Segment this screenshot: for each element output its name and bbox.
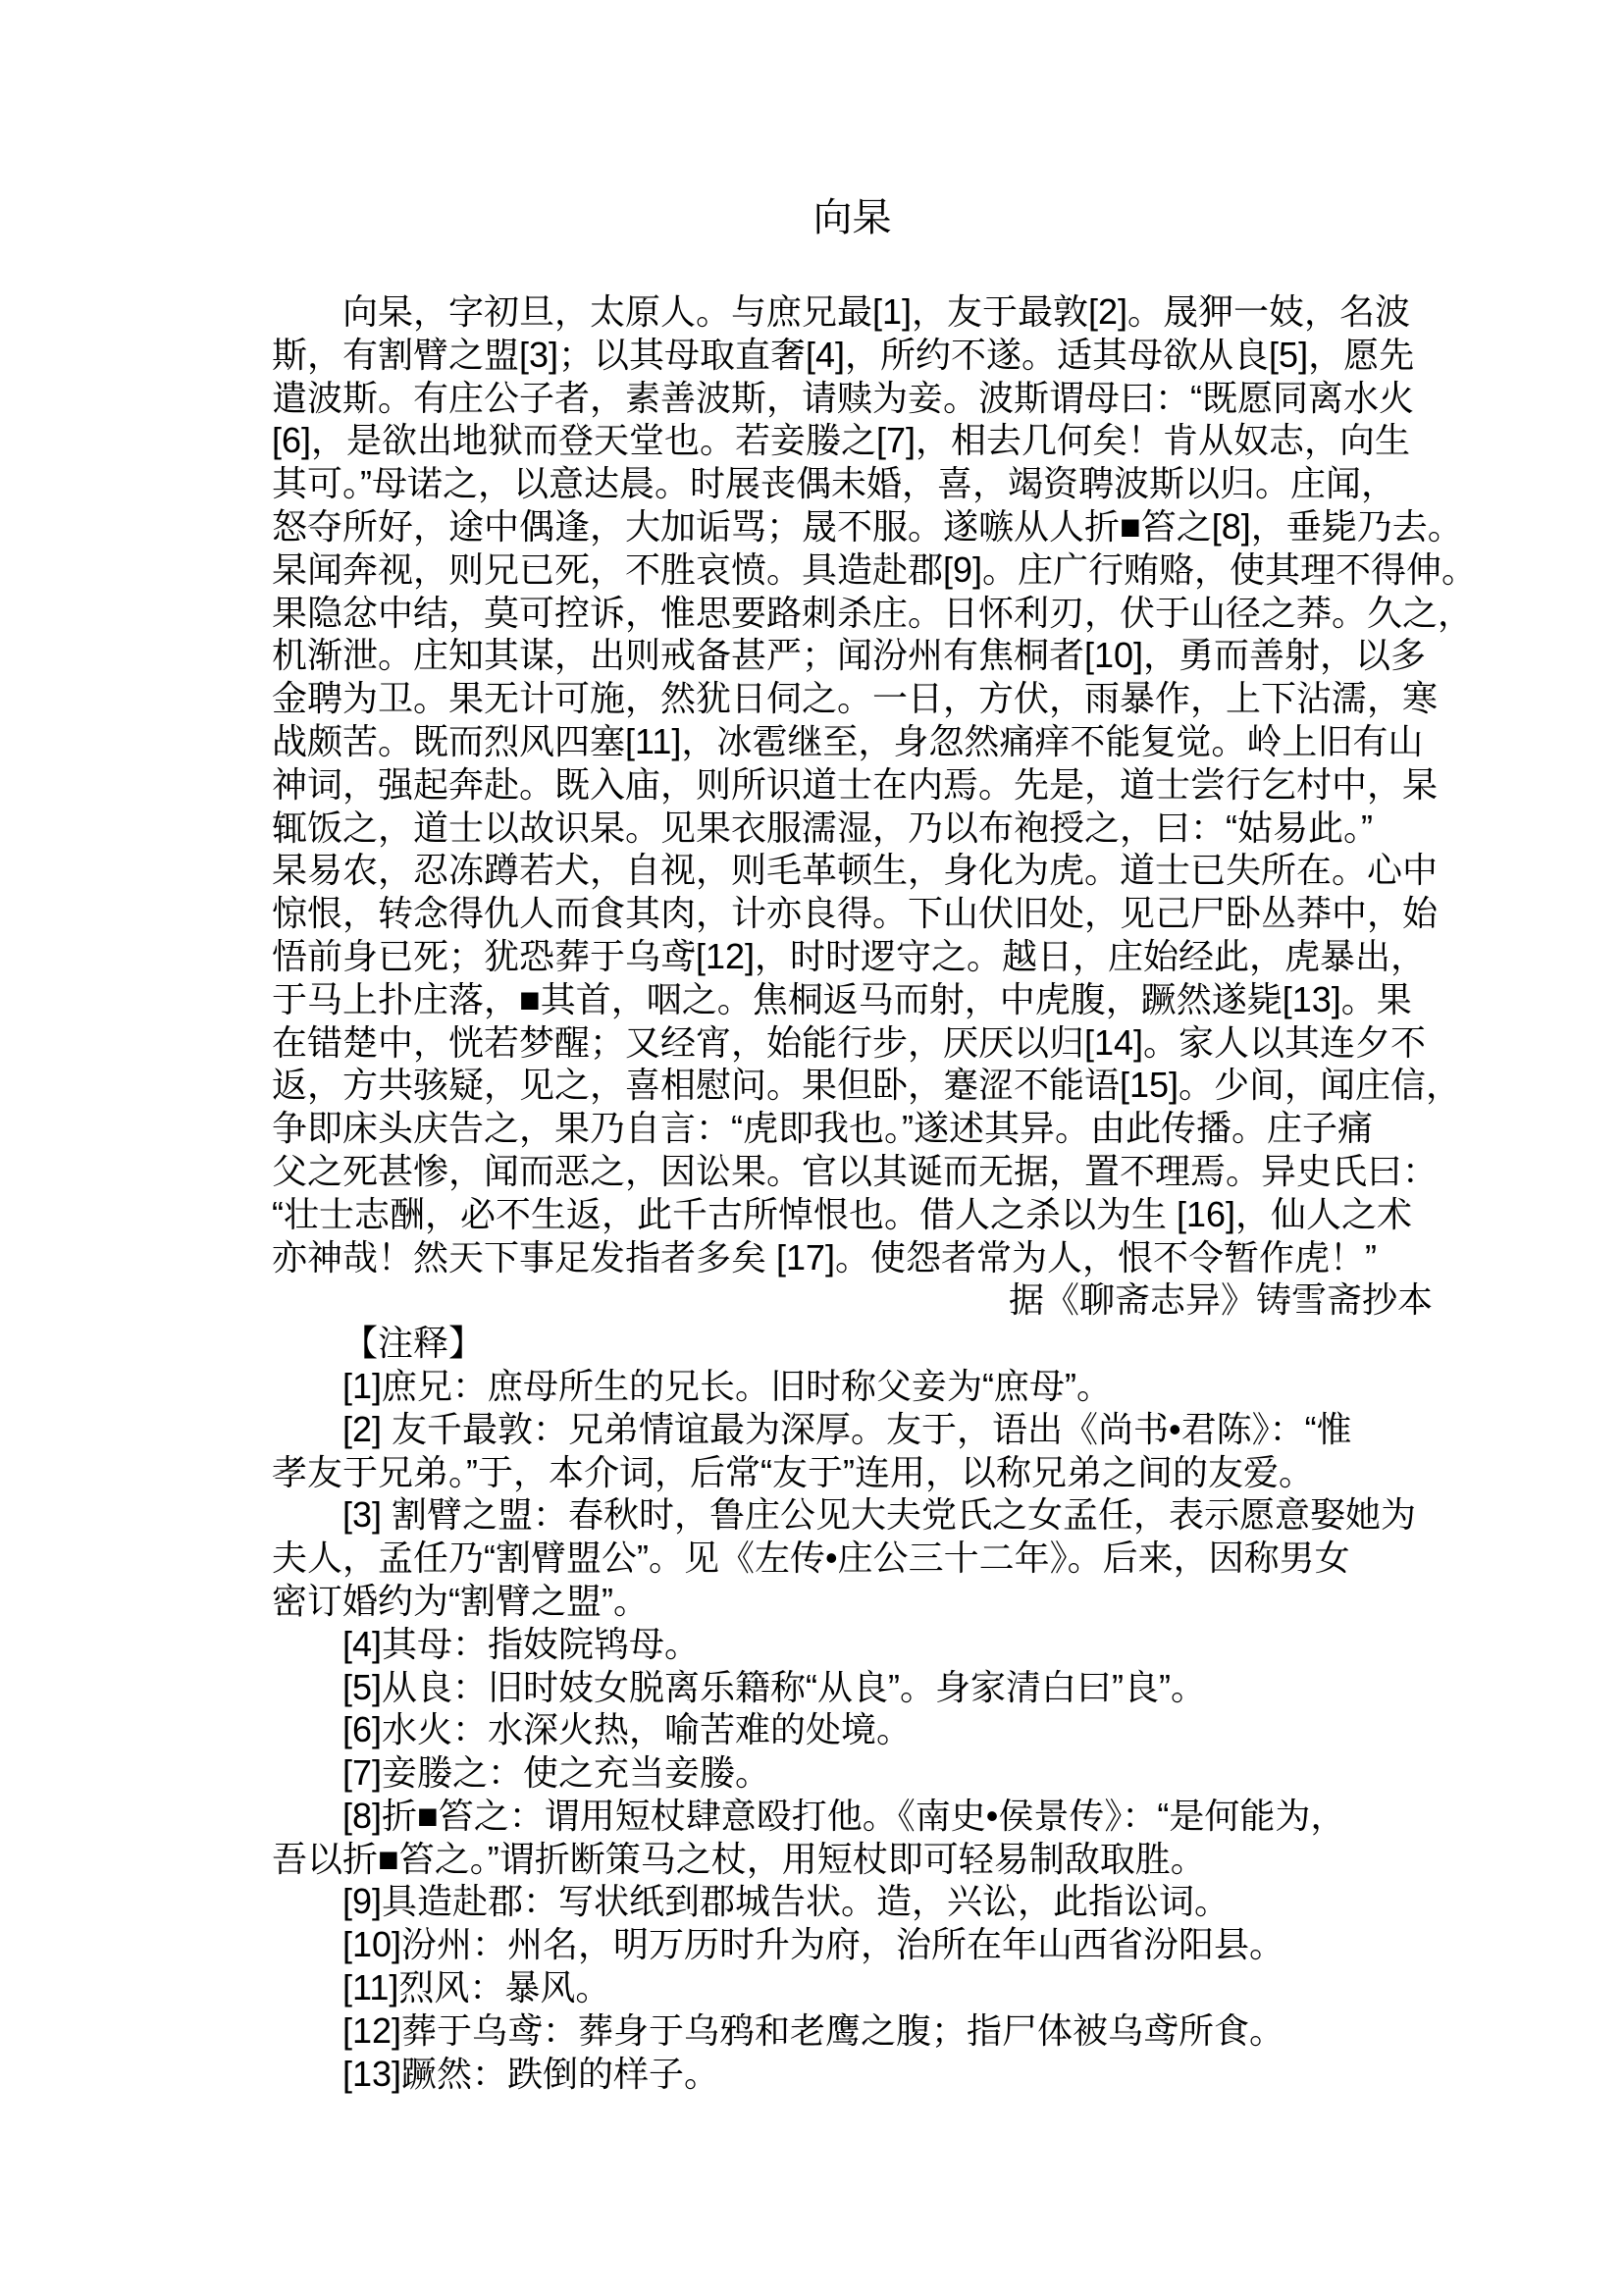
body-line: 父之死甚惨，闻而恶之，因讼果。官以其诞而无据，置不理焉。异史氏曰： [272,1150,1433,1193]
note-line: [1]庶兄：庶母所生的兄长。旧时称父妾为“庶母”。 [272,1365,1433,1408]
body-line: 杲闻奔视，则兄已死，不胜哀愤。具造赴郡[9]。庄广行贿赂，使其理不得伸。 [272,548,1433,592]
body-line: 怒夺所好，途中偶逢，大加诟骂；晟不服。遂嗾从人折■笞之[8]，垂毙乃去。 [272,505,1433,548]
body-line: 杲易农，忍冻蹲若犬，自视，则毛革顿生，身化为虎。道士已失所在。心中 [272,849,1433,892]
note-line: [8]折■笞之：谓用短杖肆意殴打他。《南史•侯景传》：“是何能为， [272,1795,1433,1838]
body-line: 亦神哉！然天下事足发指者多矣 [17]。使怨者常为人，恨不令暂作虎！” [272,1236,1433,1279]
note-line: [6]水火：水深火热，喻苦难的处境。 [272,1708,1433,1751]
body-line: 遣波斯。有庄公子者，素善波斯，请赎为妾。波斯谓母曰：“既愿同离水火 [272,377,1433,420]
note-line: [3] 割臂之盟：春秋时，鲁庄公见大夫党氏之女孟任，表示愿意娶她为 [272,1493,1433,1537]
note-line: [2] 友千最敦：兄弟情谊最为深厚。友于，语出《尚书•君陈》：“惟 [272,1408,1433,1451]
body-line: 争即床头庆告之，果乃自言：“虎即我也。”遂述其异。由此传播。庄子痛 [272,1107,1433,1150]
body-line: 悟前身已死；犹恐葬于乌鸢[12]，时时逻守之。越日，庄始经此，虎暴出， [272,935,1433,978]
note-line: 密订婚约为“割臂之盟”。 [272,1580,1433,1623]
body-line: 于马上扑庄落，■其首，咽之。焦桐返马而射，中虎腹，蹶然遂毙[13]。果 [272,978,1433,1021]
body-line: 惊恨，转念得仇人而食其肉，计亦良得。下山伏旧处，见己尸卧丛莽中，始 [272,892,1433,935]
body-line: 机渐泄。庄知其谋，出则戒备甚严；闻汾州有焦桐者[10]，勇而善射，以多 [272,634,1433,677]
note-line: [13]蹶然：跌倒的样子。 [272,2053,1433,2096]
body-line: “壮士志酬，必不生返，此千古所悼恨也。借人之杀以为生 [16]，仙人之术 [272,1193,1433,1236]
body-line: 神词，强起奔赴。既入庙，则所识道士在内焉。先是，道士尝行乞村中，杲 [272,763,1433,807]
body-line: 向杲，字初旦，太原人。与庶兄最[1]，友于最敦[2]。晟狎一妓，名波 [272,290,1433,334]
body-line: 返，方共骇疑，见之，喜相慰问。果但卧，蹇涩不能语[15]。少间，闻庄信， [272,1064,1433,1107]
note-line: [7]妾媵之：使之充当妾媵。 [272,1751,1433,1795]
body-line: 斯，有割臂之盟[3]；以其母取直奢[4]，所约不遂。适其母欲从良[5]，愿先 [272,334,1433,377]
body-line: 辄饭之，道士以故识杲。见果衣服濡湿，乃以布袍授之，曰：“姑易此。” [272,807,1433,850]
note-line: 夫人，孟任乃“割臂盟公”。见《左传•庄公三十二年》。后来，因称男女 [272,1537,1433,1580]
note-line: [5]从良：旧时妓女脱离乐籍称“从良”。身家清白曰”良”。 [272,1666,1433,1709]
notes-header: 【注释】 [272,1322,1433,1365]
note-line: [11]烈风：暴风。 [272,1966,1433,2009]
document-page: 向杲 向杲，字初旦，太原人。与庶兄最[1]，友于最敦[2]。晟狎一妓，名波 斯，… [0,0,1624,2294]
source-attribution: 据《聊斋志异》铸雪斋抄本 [272,1278,1433,1322]
body-line: 金聘为卫。果无计可施，然犹日伺之。一日，方伏，雨暴作，上下沾濡，寒 [272,677,1433,720]
body-line: 果隐忿中结，莫可控诉，惟思要路刺杀庄。日怀利刃，伏于山径之莽。久之， [272,592,1433,635]
note-line: 孝友于兄弟。”于，本介词，后常“友于”连用，以称兄弟之间的友爱。 [272,1451,1433,1494]
note-line: 吾以折■笞之。”谓折断策马之杖，用短杖即可轻易制敌取胜。 [272,1838,1433,1881]
note-line: [9]具造赴郡：写状纸到郡城告状。造，兴讼，此指讼词。 [272,1880,1433,1923]
note-line: [12]葬于乌鸢：葬身于乌鸦和老鹰之腹；指尸体被乌鸢所食。 [272,2009,1433,2053]
body-line: 其可。”母诺之，以意达晨。时展丧偶未婚，喜，竭资聘波斯以归。庄闻， [272,462,1433,505]
page-title: 向杲 [272,196,1433,239]
note-line: [4]其母：指妓院鸨母。 [272,1623,1433,1666]
body-line: 战颇苦。既而烈风四塞[11]，冰雹继至，身忽然痛痒不能复觉。岭上旧有山 [272,720,1433,763]
body-line: [6]，是欲出地狱而登天堂也。若妾媵之[7]，相去几何矣！肯从奴志，向生 [272,419,1433,462]
text-block: 向杲 向杲，字初旦，太原人。与庶兄最[1]，友于最敦[2]。晟狎一妓，名波 斯，… [272,196,1433,2095]
body-line: 在错楚中，恍若梦醒；又经宵，始能行步，厌厌以归[14]。家人以其连夕不 [272,1021,1433,1065]
note-line: [10]汾州：州名，明万历时升为府，治所在年山西省汾阳县。 [272,1923,1433,1966]
